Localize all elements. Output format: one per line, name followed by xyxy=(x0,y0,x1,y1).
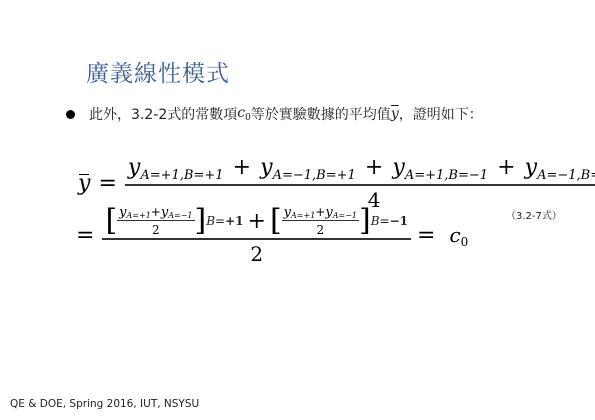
var-ybar: y xyxy=(391,106,399,122)
plus-sign: + xyxy=(365,155,383,180)
term-sub: A=−1 xyxy=(333,211,357,220)
subscript-value: +1 xyxy=(225,214,243,228)
slide-footer: QE & DOE, Spring 2016, IUT, NSYSU xyxy=(10,398,199,410)
inner-fraction: yA=+1+yA=−1 2 xyxy=(282,205,359,237)
plus-sign: + xyxy=(497,155,515,180)
term-y: y xyxy=(128,155,140,180)
inner-numerator: yA=+1+yA=−1 xyxy=(117,205,194,221)
subscript-value: −1 xyxy=(390,214,408,228)
term-y: y xyxy=(525,155,537,180)
fraction-denominator: 2 xyxy=(250,240,263,266)
slide-title: 廣義線性模式 xyxy=(86,55,230,88)
term-y: y xyxy=(392,155,404,180)
fraction-grouped: [ yA=+1+yA=−1 2 ] B=+1 + [ yA=+1+yA=−1 2 xyxy=(102,205,411,266)
inner-denominator: 2 xyxy=(152,221,160,237)
bullet-dot-icon xyxy=(66,110,75,119)
equals-sign: = xyxy=(98,171,116,196)
bracket-subscript: B=+1 xyxy=(206,214,243,228)
term-sub: A=+1,B=−1 xyxy=(405,168,488,183)
equals-sign: = xyxy=(417,223,435,248)
term-sub: A=+1 xyxy=(127,211,151,220)
bullet-item: 此外， 3.2-2式的常數項 c0 等於實驗數據的平均值 y ，證明如下： xyxy=(66,104,483,124)
equation-label: （3.2-7式） xyxy=(506,207,562,222)
term-sub: A=+1,B=+1 xyxy=(140,168,223,183)
term-sub: A=−1,B=−1 xyxy=(537,168,595,183)
bracket-subscript: B=−1 xyxy=(371,214,408,228)
inner-denominator: 2 xyxy=(317,221,325,237)
result-sub: 0 xyxy=(461,235,469,249)
result-c0: c0 xyxy=(449,223,468,249)
var-c0: c0 xyxy=(237,105,251,123)
bullet-middle: 等於實驗數據的平均值 xyxy=(251,104,391,124)
inner-numerator: yA=+1+yA=−1 xyxy=(282,205,359,221)
fraction-numerator: [ yA=+1+yA=−1 2 ] B=+1 + [ yA=+1+yA=−1 2 xyxy=(102,205,411,240)
bullet-ref: 3.2-2式的常數項 xyxy=(131,104,237,124)
plus-sign: + xyxy=(233,155,251,180)
term-sub: A=−1 xyxy=(168,211,192,220)
equals-sign: = xyxy=(76,223,94,248)
term-sub: A=+1 xyxy=(291,211,315,220)
term-y: y xyxy=(119,205,126,220)
equation-lhs-ybar: y xyxy=(78,171,90,196)
right-bracket: ] xyxy=(359,206,371,236)
left-bracket: [ xyxy=(105,206,117,236)
equation-row-1: y = yA=+1,B=+1 + yA=−1,B=+1 + yA=+1,B=−1… xyxy=(78,155,595,212)
term-sub: A=−1,B=+1 xyxy=(273,168,356,183)
equation-row-2: = [ yA=+1+yA=−1 2 ] B=+1 + [ yA=+1+yA=−1 xyxy=(76,205,468,266)
term-y: y xyxy=(325,205,332,220)
var-c-letter: c xyxy=(237,105,245,121)
result-var: c xyxy=(449,223,460,247)
fraction-numerator: yA=+1,B=+1 + yA=−1,B=+1 + yA=+1,B=−1 + y… xyxy=(125,155,595,186)
inner-fraction: yA=+1+yA=−1 2 xyxy=(117,205,194,237)
right-bracket: ] xyxy=(195,206,207,236)
bullet-prefix: 此外， xyxy=(89,104,131,124)
plus-sign: + xyxy=(248,209,266,234)
subscript-label: B= xyxy=(371,214,390,228)
subscript-label: B= xyxy=(206,214,225,228)
term-y: y xyxy=(284,205,291,220)
bullet-suffix: ，證明如下： xyxy=(399,104,483,124)
left-bracket: [ xyxy=(270,206,282,236)
term-y: y xyxy=(260,155,272,180)
